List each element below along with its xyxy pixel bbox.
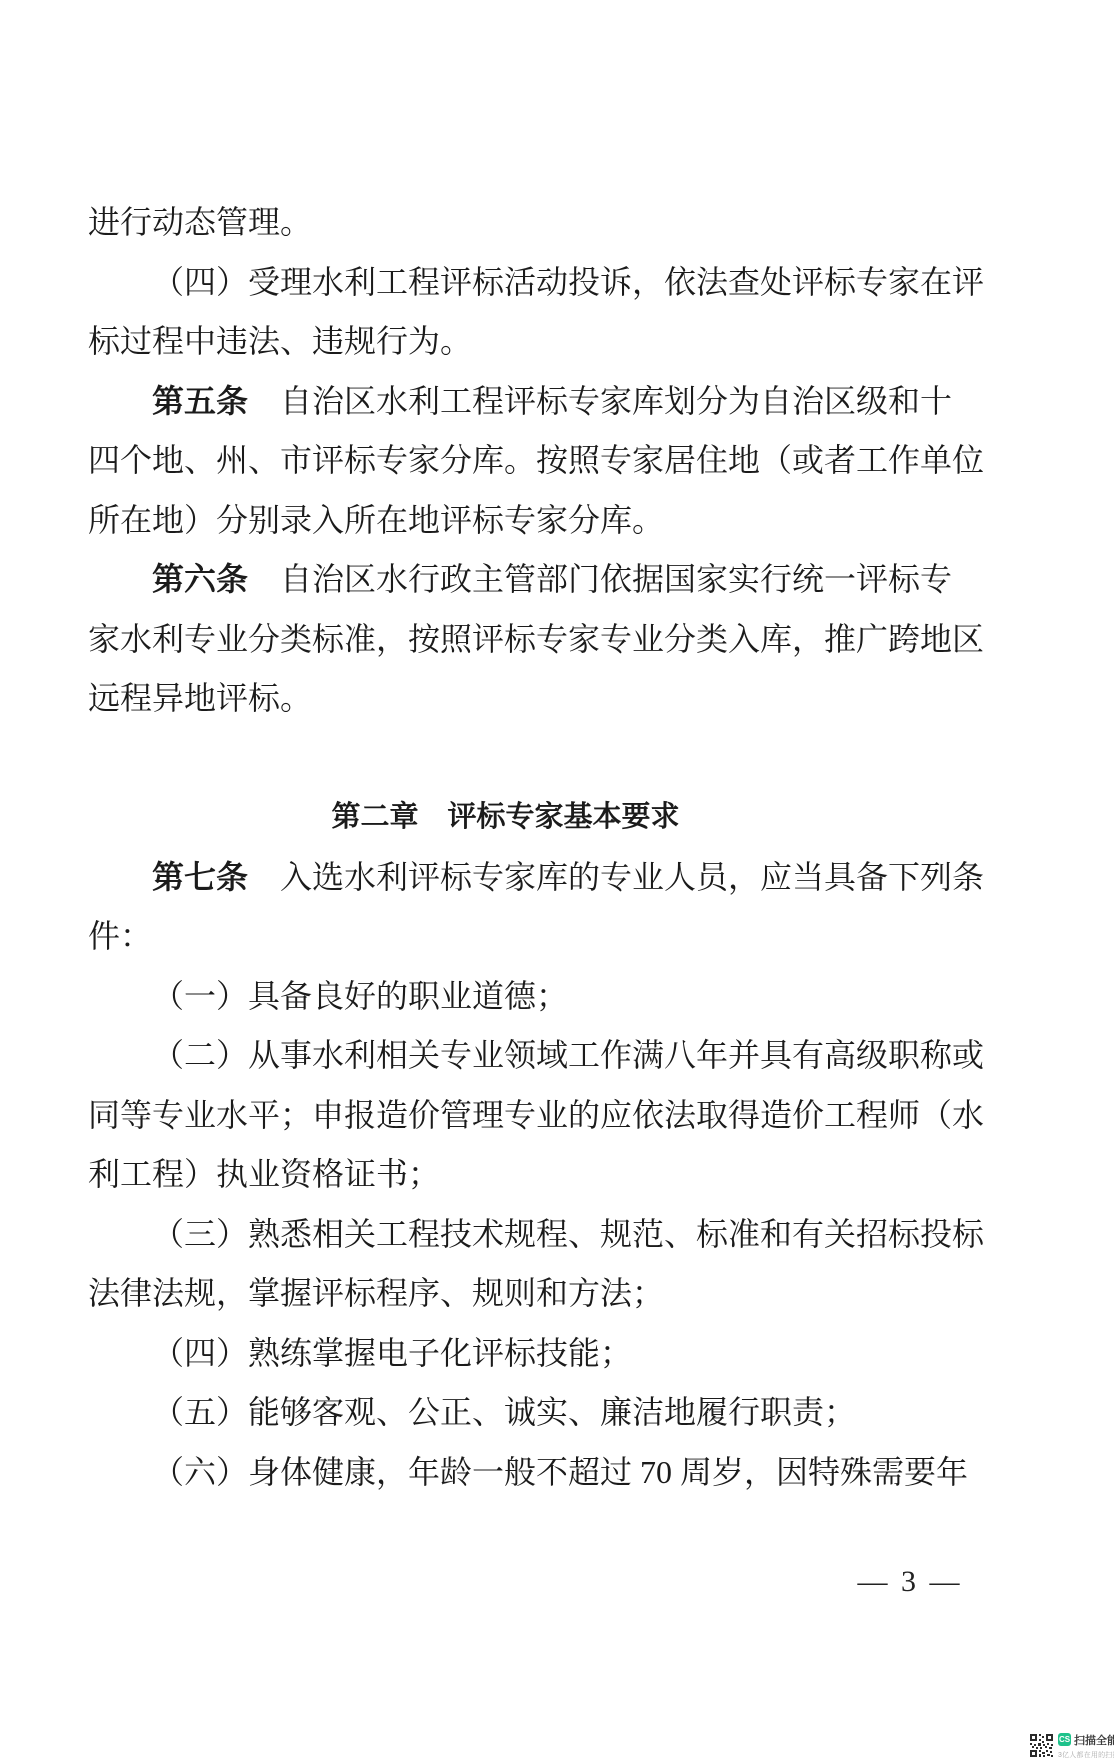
text-line-content: （二）从事水利相关专业领域工作满八年并具有高级职称或	[152, 1037, 984, 1073]
watermark-subtitle: 3亿人都在用的扫描App	[1058, 1750, 1114, 1760]
page-number: — 3 —	[820, 1565, 1000, 1599]
text-line-content: 入选水利评标专家库的专业人员，应当具备下列条	[248, 859, 984, 895]
text-line-content: （一）具备良好的职业道德；	[152, 978, 568, 1014]
text-line-content: 法律法规，掌握评标程序、规则和方法；	[88, 1275, 664, 1311]
text-line: （二）从事水利相关专业领域工作满八年并具有高级职称或	[88, 1026, 988, 1086]
camscanner-app-icon: CS	[1058, 1733, 1071, 1746]
watermark-title-row: CS 扫描全能王	[1058, 1732, 1114, 1748]
text-line: 件：	[88, 907, 988, 967]
watermark-title: 扫描全能王	[1074, 1732, 1114, 1748]
text-line: 进行动态管理。	[88, 193, 988, 253]
article-term: 第七条	[152, 859, 248, 895]
qr-code-icon	[1029, 1733, 1054, 1758]
text-line-content: （四）受理水利工程评标活动投诉，依法查处评标专家在评	[152, 264, 984, 300]
text-line: （三）熟悉相关工程技术规程、规范、标准和有关招标投标	[88, 1205, 988, 1265]
blank-line	[88, 729, 988, 789]
text-line-content: 自治区水行政主管部门依据国家实行统一评标专	[248, 561, 952, 597]
text-line-content: 利工程）执业资格证书；	[88, 1156, 440, 1192]
text-line: （一）具备良好的职业道德；	[88, 967, 988, 1027]
text-line-content: 标过程中违法、违规行为。	[88, 323, 472, 359]
text-line-content: 远程异地评标。	[88, 680, 312, 716]
text-line-content: 进行动态管理。	[88, 204, 312, 240]
chapter-heading: 第二章 评标专家基本要求	[88, 788, 988, 848]
watermark-text-block: CS 扫描全能王 3亿人都在用的扫描App	[1058, 1732, 1114, 1760]
text-line-content: （四）熟练掌握电子化评标技能；	[152, 1335, 632, 1371]
text-line: 所在地）分别录入所在地评标专家分库。	[88, 491, 988, 551]
article-term: 第六条	[152, 561, 248, 597]
text-line: 第五条 自治区水利工程评标专家库划分为自治区级和十	[88, 372, 988, 432]
camscanner-watermark: CS 扫描全能王 3亿人都在用的扫描App	[1029, 1731, 1114, 1760]
text-line: （六）身体健康，年龄一般不超过 70 周岁，因特殊需要年	[88, 1443, 988, 1503]
article-term: 第五条	[152, 383, 248, 419]
document-page: 进行动态管理。 （四）受理水利工程评标活动投诉，依法查处评标专家在评 标过程中违…	[0, 0, 1114, 1762]
text-line: 四个地、州、市评标专家分库。按照专家居住地（或者工作单位	[88, 431, 988, 491]
text-line: 第七条 入选水利评标专家库的专业人员，应当具备下列条	[88, 848, 988, 908]
text-line-content: 家水利专业分类标准，按照评标专家专业分类入库，推广跨地区	[88, 621, 984, 657]
text-line-content: 所在地）分别录入所在地评标专家分库。	[88, 502, 664, 538]
text-line-content: （三）熟悉相关工程技术规程、规范、标准和有关招标投标	[152, 1216, 984, 1252]
text-line: （四）熟练掌握电子化评标技能；	[88, 1324, 988, 1384]
document-body: 进行动态管理。 （四）受理水利工程评标活动投诉，依法查处评标专家在评 标过程中违…	[88, 193, 988, 1502]
text-line: 远程异地评标。	[88, 669, 988, 729]
text-line-content: 自治区水利工程评标专家库划分为自治区级和十	[248, 383, 952, 419]
text-line: （四）受理水利工程评标活动投诉，依法查处评标专家在评	[88, 253, 988, 313]
text-line: 标过程中违法、违规行为。	[88, 312, 988, 372]
text-line-content: 四个地、州、市评标专家分库。按照专家居住地（或者工作单位	[88, 442, 984, 478]
text-line: 利工程）执业资格证书；	[88, 1145, 988, 1205]
text-line-content: 件：	[88, 918, 152, 954]
text-line: 第六条 自治区水行政主管部门依据国家实行统一评标专	[88, 550, 988, 610]
text-line: 家水利专业分类标准，按照评标专家专业分类入库，推广跨地区	[88, 610, 988, 670]
text-line: 法律法规，掌握评标程序、规则和方法；	[88, 1264, 988, 1324]
text-line-content: （六）身体健康，年龄一般不超过 70 周岁，因特殊需要年	[152, 1454, 968, 1490]
text-line: 同等专业水平；申报造价管理专业的应依法取得造价工程师（水	[88, 1086, 988, 1146]
text-line-content: 同等专业水平；申报造价管理专业的应依法取得造价工程师（水	[88, 1097, 984, 1133]
text-line: （五）能够客观、公正、诚实、廉洁地履行职责；	[88, 1383, 988, 1443]
text-line-content: （五）能够客观、公正、诚实、廉洁地履行职责；	[152, 1394, 856, 1430]
